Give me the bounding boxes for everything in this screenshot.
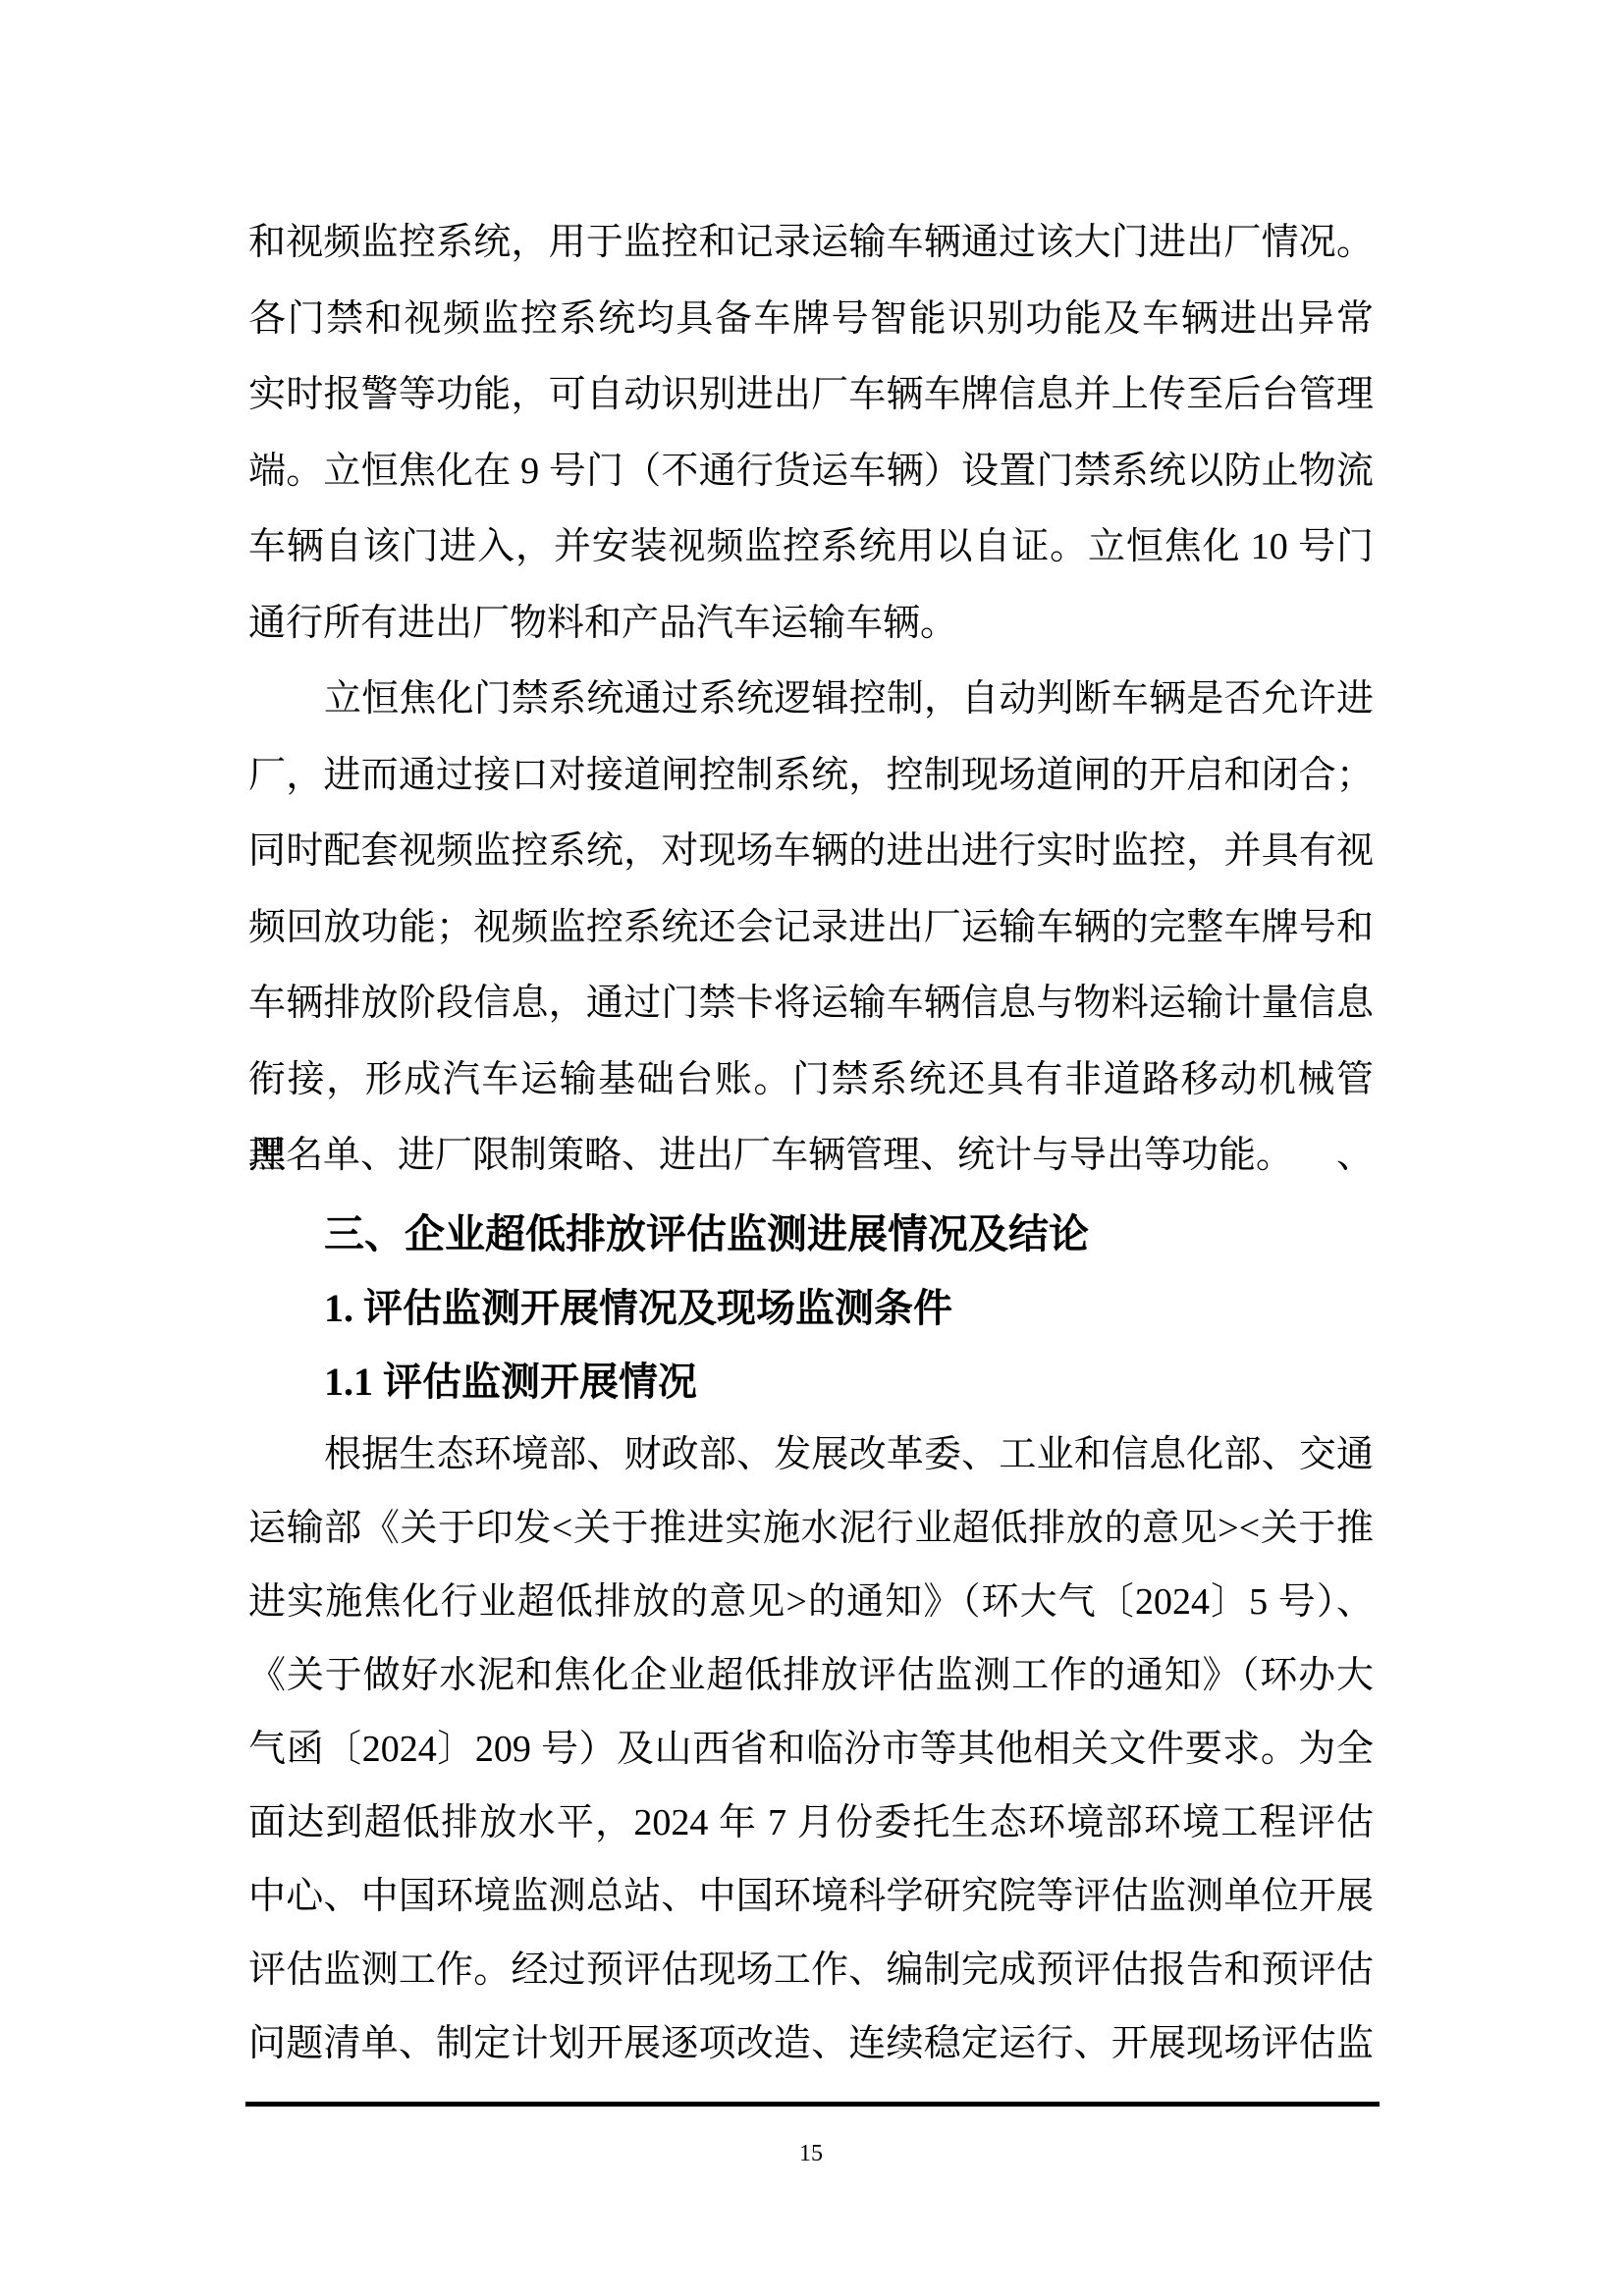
paragraph-line: 中心、中国环境监测总站、中国环境科学研究院等评估监测单位开展 [248,1860,1374,1934]
document-page: 和视频监控系统，用于监控和记录运输车辆通过该大门进出厂情况。各门禁和视频监控系统… [0,0,1624,2296]
paragraph-line: 立恒焦化门禁系统通过系统逻辑控制，自动判断车辆是否允许进 [248,662,1374,738]
paragraph-line: 同时配套视频监控系统，对现场车辆的进出进行实时监控，并具有视 [248,814,1374,890]
section-heading3: 1.1 评估监测开展情况 [248,1345,1374,1418]
paragraph: 和视频监控系统，用于监控和记录运输车辆通过该大门进出厂情况。各门禁和视频监控系统… [248,205,1374,662]
paragraph-line: 进实施焦化行业超低排放的意见>的通知》（环大气〔2024〕5 号）、 [248,1566,1374,1639]
paragraph: 根据生态环境部、财政部、发展改革委、工业和信息化部、交通运输部《关于印发<关于推… [248,1418,1374,2081]
paragraph-line: 频回放功能；视频监控系统还会记录进出厂运输车辆的完整车牌号和 [248,890,1374,967]
paragraph-line: 问题清单、制定计划开展逐项改造、连续稳定运行、开展现场评估监 [248,2007,1374,2081]
footer-divider-line [245,2102,1380,2107]
page-number: 15 [248,2136,1374,2171]
paragraph-line: 根据生态环境部、财政部、发展改革委、工业和信息化部、交通 [248,1418,1374,1492]
paragraph-line: 运输部《关于印发<关于推进实施水泥行业超低排放的意见><关于推 [248,1492,1374,1566]
paragraph-line: 端。立恒焦化在 9 号门（不通行货运车辆）设置门禁系统以防止物流 [248,434,1374,510]
paragraph-line: 黑名单、进厂限制策略、进出厂车辆管理、统计与导出等功能。 [248,1118,1374,1195]
paragraph-line: 各门禁和视频监控系统均具备车牌号智能识别功能及车辆进出异常 [248,282,1374,358]
heading-text: 1. 评估监测开展情况及现场监测条件 [248,1271,1374,1345]
text-block: 和视频监控系统，用于监控和记录运输车辆通过该大门进出厂情况。各门禁和视频监控系统… [248,205,1374,2081]
paragraph-line: 和视频监控系统，用于监控和记录运输车辆通过该大门进出厂情况。 [248,205,1374,282]
paragraph-line: 车辆排放阶段信息，通过门禁卡将运输车辆信息与物料运输计量信息 [248,966,1374,1042]
heading-text: 三、企业超低排放评估监测进展情况及结论 [248,1198,1374,1271]
paragraph-line: 厂，进而通过接口对接道闸控制系统，控制现场道闸的开启和闭合； [248,738,1374,815]
heading-text: 1.1 评估监测开展情况 [248,1345,1374,1418]
paragraph-line: 衔接，形成汽车运输基础台账。门禁系统还具有非道路移动机械管理、 [248,1042,1374,1119]
paragraph-line: 《关于做好水泥和焦化企业超低排放评估监测工作的通知》（环办大 [248,1639,1374,1713]
paragraph-line: 气函〔2024〕209 号）及山西省和临汾市等其他相关文件要求。为全 [248,1713,1374,1787]
section-heading1: 三、企业超低排放评估监测进展情况及结论 [248,1198,1374,1271]
paragraph-line: 面达到超低排放水平，2024 年 7 月份委托生态环境部环境工程评估 [248,1787,1374,1860]
section-heading2: 1. 评估监测开展情况及现场监测条件 [248,1271,1374,1345]
paragraph-line: 通行所有进出厂物料和产品汽车运输车辆。 [248,586,1374,663]
paragraph: 立恒焦化门禁系统通过系统逻辑控制，自动判断车辆是否允许进厂，进而通过接口对接道闸… [248,662,1374,1195]
paragraph-line: 实时报警等功能，可自动识别进出厂车辆车牌信息并上传至后台管理 [248,357,1374,434]
paragraph-line: 车辆自该门进入，并安装视频监控系统用以自证。立恒焦化 10 号门 [248,509,1374,586]
paragraph-line: 评估监测工作。经过预评估现场工作、编制完成预评估报告和预评估 [248,1934,1374,2007]
